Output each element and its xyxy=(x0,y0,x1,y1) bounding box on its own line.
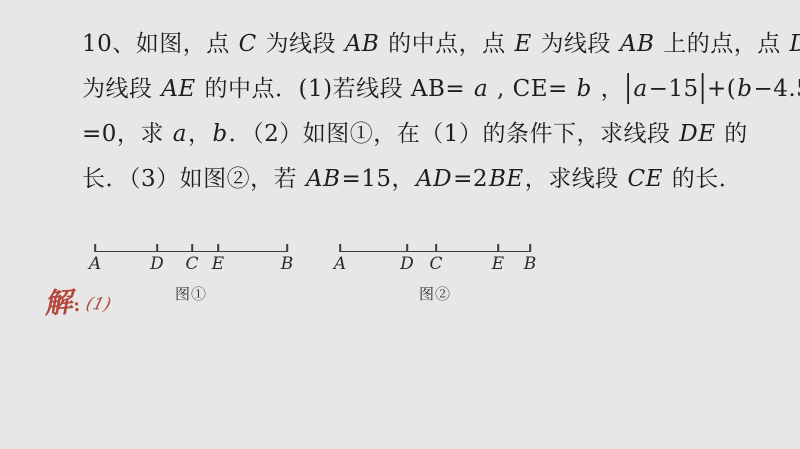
tick-D xyxy=(156,244,158,252)
text-run: =15， xyxy=(341,166,415,192)
point-label-D: D xyxy=(150,254,164,274)
handwritten-solution-start: 解:(1) xyxy=(43,278,111,322)
text-run: ．（2）如图①，在（1）的条件下，求线段 xyxy=(229,121,679,147)
point-label-A: A xyxy=(89,254,101,274)
tick-E xyxy=(497,244,499,252)
text-run: ，求线段 xyxy=(525,166,627,192)
tick-A xyxy=(94,244,96,252)
tick-E xyxy=(217,244,219,252)
text-run: 上的点，点 xyxy=(655,31,788,57)
text-run: +( xyxy=(707,76,736,102)
text-run: −4.5) xyxy=(753,76,800,102)
point-label-B: B xyxy=(524,254,537,274)
math-variable: C xyxy=(238,31,258,57)
point-label-A: A xyxy=(334,254,346,274)
text-run: | xyxy=(699,58,707,119)
math-variable: a xyxy=(632,76,648,102)
segment-diagram-2: 图② ADCEB xyxy=(340,244,530,306)
segment-diagram-1: 图① ADCEB xyxy=(95,244,287,306)
text-run: 长．（3）如图②，若 xyxy=(82,166,305,192)
math-problem-page: 10、如图，点 C 为线段 AB 的中点，点 E 为线段 AB 上的点，点 D … xyxy=(0,0,800,449)
text-run: −15 xyxy=(649,76,699,102)
math-variable: b xyxy=(211,121,228,147)
problem-line-1: 10、如图，点 C 为线段 AB 的中点，点 E 为线段 AB 上的点，点 D xyxy=(82,22,752,67)
math-variable: DE xyxy=(678,121,716,147)
math-variable: E xyxy=(513,31,532,57)
text-run: =0，求 xyxy=(82,121,172,147)
math-variable: D xyxy=(789,31,800,57)
math-variable: a xyxy=(473,76,489,102)
point-label-E: E xyxy=(492,254,504,274)
math-variable: b xyxy=(576,76,593,102)
problem-statement: 10、如图，点 C 为线段 AB 的中点，点 E 为线段 AB 上的点，点 D … xyxy=(82,22,752,202)
handwritten-jie: 解 xyxy=(43,285,73,320)
tick-C xyxy=(191,244,193,252)
text-run: 的 xyxy=(716,121,747,147)
text-run: 为线段 xyxy=(258,31,344,57)
text-run: =2 xyxy=(453,166,488,192)
point-label-C: C xyxy=(185,254,198,274)
tick-B xyxy=(529,244,531,252)
math-variable: a xyxy=(172,121,188,147)
tick-B xyxy=(286,244,288,252)
text-run: 的中点，点 xyxy=(380,31,513,57)
handwritten-colon: : xyxy=(73,295,81,316)
diagram-1-caption: 图① xyxy=(95,283,287,304)
tick-C xyxy=(435,244,437,252)
math-variable: CE xyxy=(627,166,664,192)
tick-D xyxy=(406,244,408,252)
math-variable: AD xyxy=(415,166,453,192)
problem-line-4: 长．（3）如图②，若 AB=15，AD=2BE，求线段 CE 的长． xyxy=(82,157,752,202)
problem-line-3: =0，求 a，b．（2）如图①，在（1）的条件下，求线段 DE 的 xyxy=(82,112,752,157)
math-variable: AE xyxy=(160,76,196,102)
point-label-D: D xyxy=(400,254,414,274)
point-label-E: E xyxy=(212,254,224,274)
tick-A xyxy=(339,244,341,252)
math-variable: BE xyxy=(488,166,525,192)
math-variable: b xyxy=(736,76,753,102)
math-variable: AB xyxy=(305,166,342,192)
text-run: ， xyxy=(593,76,624,102)
text-run: 的中点．(1)若线段 AB= xyxy=(197,76,473,102)
math-variable: AB xyxy=(619,31,656,57)
point-label-B: B xyxy=(281,254,294,274)
text-run: , CE= xyxy=(489,76,575,102)
text-run: 为线段 xyxy=(533,31,619,57)
handwritten-part-number: (1) xyxy=(84,294,113,315)
text-run: 为线段 xyxy=(82,76,160,102)
text-run: ， xyxy=(188,121,212,147)
text-run: 10、如图，点 xyxy=(82,31,238,57)
text-run: 的长． xyxy=(664,166,742,192)
diagram-2-caption: 图② xyxy=(340,283,530,304)
math-variable: AB xyxy=(344,31,381,57)
point-label-C: C xyxy=(429,254,442,274)
problem-line-2: 为线段 AE 的中点．(1)若线段 AB= a , CE= b ，|a−15|+… xyxy=(82,67,752,112)
text-run: | xyxy=(624,58,632,119)
